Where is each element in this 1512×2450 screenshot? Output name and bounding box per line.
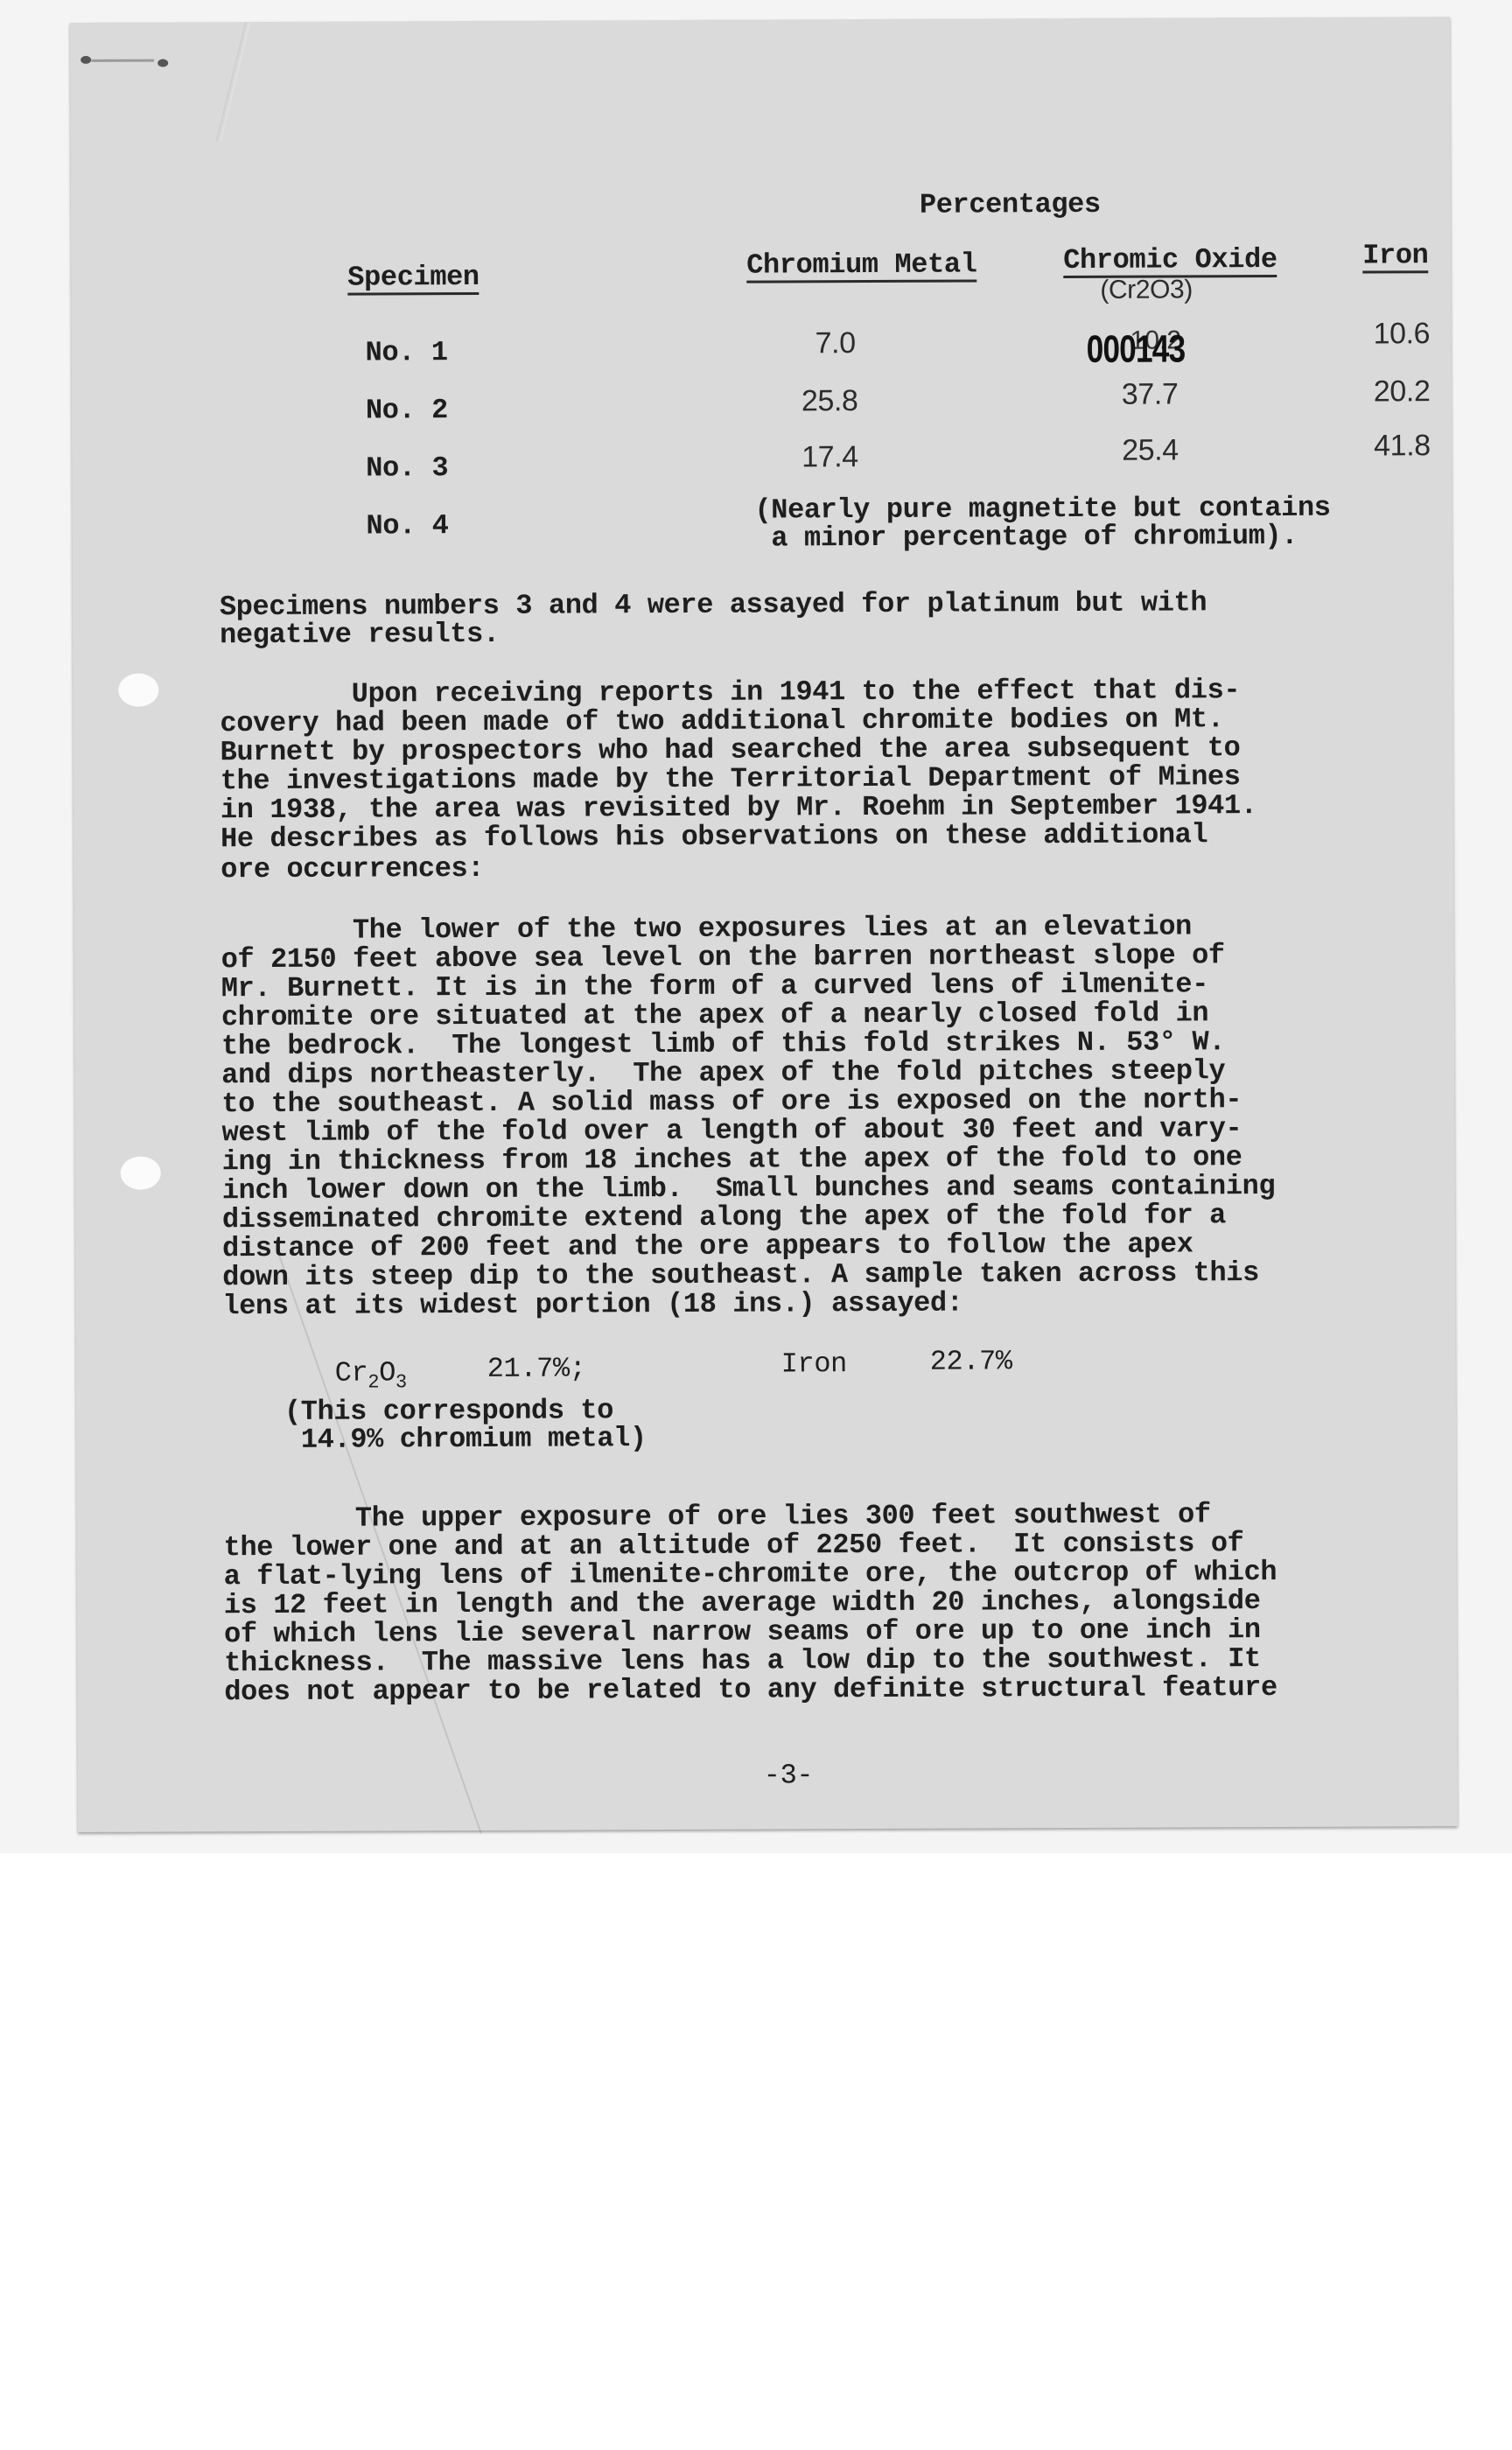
paragraph-lower-exposure-line14: lens at its widest portion (18 ins.) ass… — [222, 1289, 962, 1321]
column-header-chromium-metal: Chromium Metal — [746, 249, 976, 283]
table-group-header: Percentages — [920, 190, 1101, 220]
assay-iron-value: 22.7% — [930, 1347, 1012, 1375]
document-id-stamp: 000143 — [1087, 327, 1186, 371]
table-row-2-chromic-oxide: 37.7 — [1122, 380, 1179, 409]
page-number: -3- — [764, 1760, 814, 1789]
table-row-2-iron: 20.2 — [1374, 377, 1431, 406]
paragraph-platinum-line2: negative results. — [220, 619, 500, 649]
paragraph-upper-exposure-line7: does not appear to be related to any def… — [224, 1673, 1277, 1706]
table-row-3-chromium-metal: 17.4 — [801, 443, 858, 472]
column-header-specimen: Specimen — [347, 262, 479, 296]
punch-hole-upper — [118, 674, 158, 707]
column-header-iron: Iron — [1362, 241, 1428, 273]
assay-iron-label: Iron — [781, 1349, 847, 1378]
punch-hole-lower — [121, 1157, 161, 1190]
paragraph-reports-line6: He describes as follows his observations… — [220, 820, 1207, 853]
paragraph-lower-exposure-line13: down its steep dip to the southeast. A s… — [222, 1258, 1259, 1291]
table-row-3-specimen: No. 3 — [366, 453, 448, 482]
paragraph-reports-line7: ore occurrences: — [220, 854, 484, 884]
table-row-4-note-line2: a minor percentage of chromium). — [755, 521, 1298, 553]
table-row-4-specimen: No. 4 — [366, 511, 448, 540]
assay-cr2o3-value: 21.7%; — [487, 1354, 586, 1382]
table-row-1-iron: 10.6 — [1373, 319, 1430, 348]
table-row-1-chromium-metal: 7.0 — [815, 329, 856, 358]
table-row-3-chromic-oxide: 25.4 — [1122, 436, 1179, 465]
table-row-1-specimen: No. 1 — [366, 338, 448, 367]
table-row-2-specimen: No. 2 — [366, 395, 448, 424]
column-header-chromic-oxide-formula: (Cr2O3) — [1100, 275, 1193, 304]
paper-fold-mark — [216, 22, 250, 142]
document-page: Percentages Specimen Chromium Metal Chro… — [70, 17, 1458, 1832]
staple-line — [91, 59, 154, 62]
assay-note-line2: 14.9% chromium metal) — [284, 1424, 647, 1454]
table-row-2-chromium-metal: 25.8 — [801, 387, 858, 416]
staple-mark-left — [80, 56, 91, 64]
assay-cr2o3-formula: Cr2O3 — [335, 1358, 407, 1396]
table-row-3-iron: 41.8 — [1374, 431, 1431, 460]
paragraph-platinum-line1: Specimens numbers 3 and 4 were assayed f… — [220, 588, 1207, 621]
staple-mark-right — [157, 59, 168, 67]
column-header-chromic-oxide: Chromic Oxide — [1063, 245, 1277, 278]
